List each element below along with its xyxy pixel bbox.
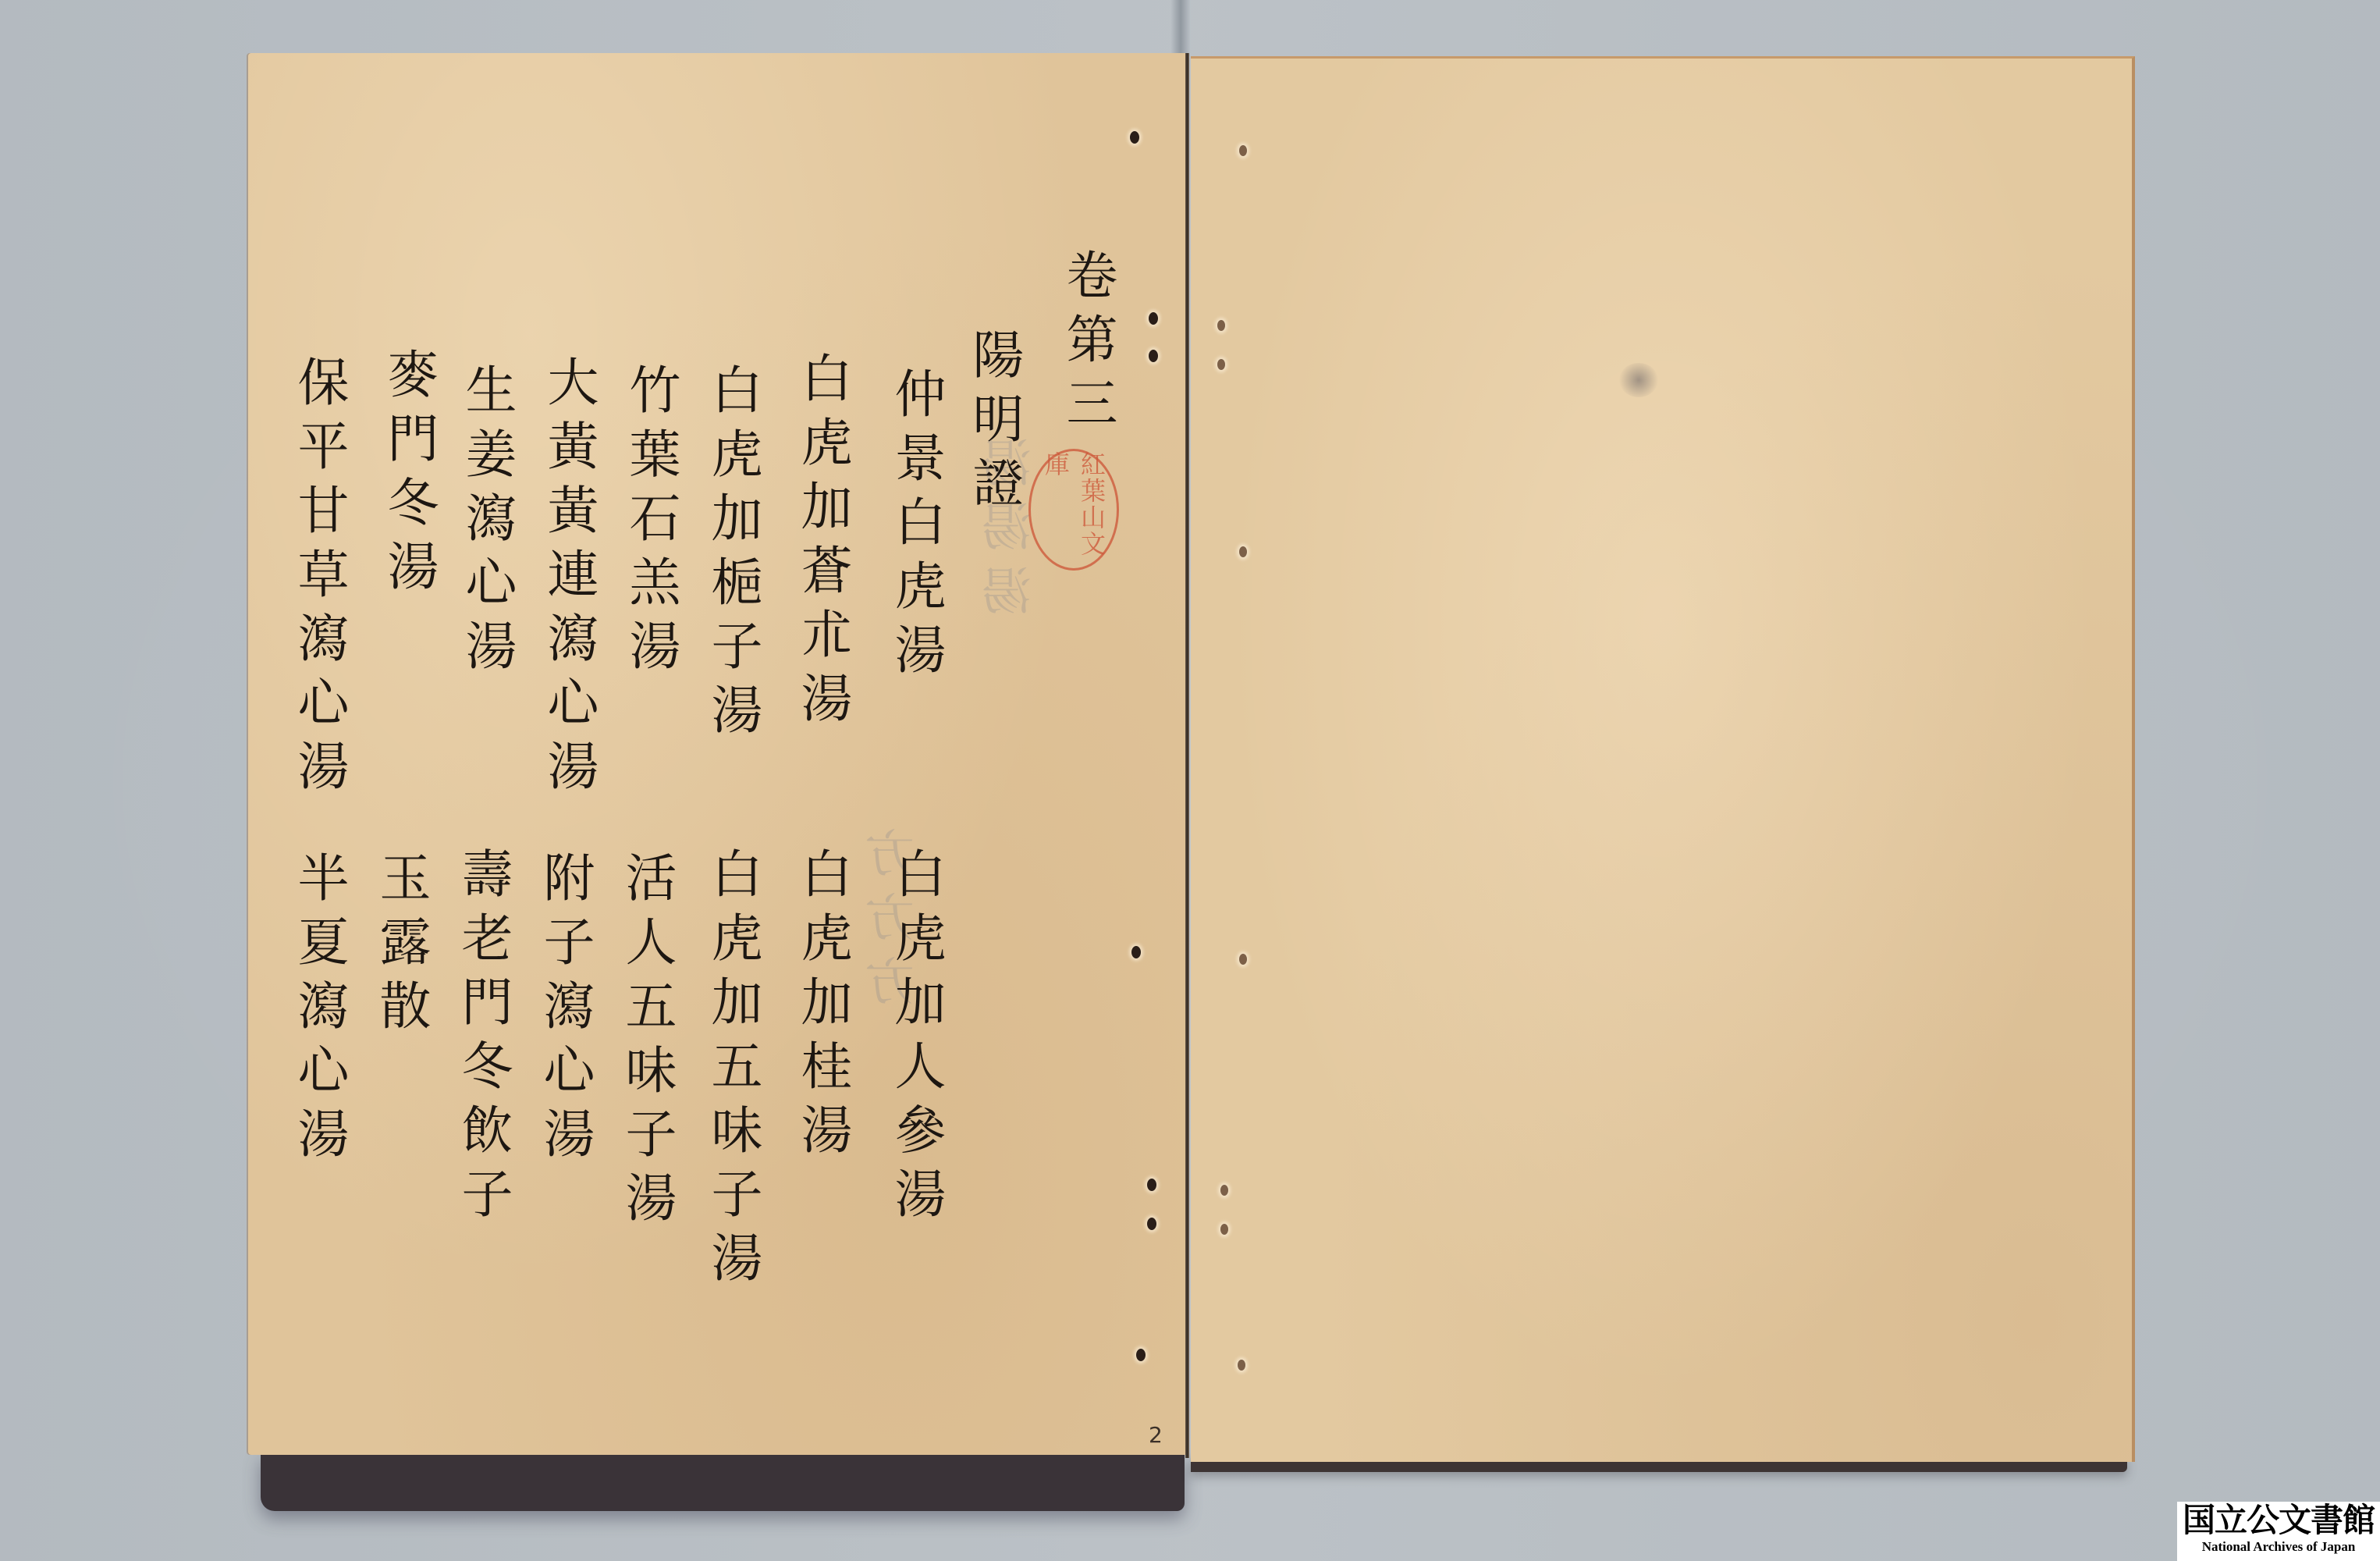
binding-hole [1131, 946, 1141, 958]
recipe-column: 白虎加梔子湯 [706, 363, 758, 747]
recipe-column: 生姜瀉心湯 [460, 363, 512, 683]
binding-hole [1149, 312, 1158, 325]
binding-hole [1130, 131, 1139, 144]
binding-hole [1238, 1360, 1245, 1371]
binding-hole [1239, 546, 1247, 557]
recipe-column: 白虎加五味子湯 [706, 847, 758, 1295]
recipe-column: 仲景白虎湯 [890, 367, 941, 687]
recipe-column: 大黃黃連瀉心湯 [542, 355, 594, 803]
binding-hole [1217, 359, 1225, 370]
recipe-column: 麥門冬湯 [382, 347, 434, 603]
logo-english-text: National Archives of Japan [2177, 1539, 2380, 1555]
binding-hole [1147, 1218, 1156, 1230]
book-cover-edge-left [261, 1453, 1185, 1511]
binding-hole [1239, 145, 1247, 156]
binding-hole [1136, 1349, 1146, 1361]
binding-hole [1220, 1185, 1228, 1196]
binding-hole [1220, 1224, 1228, 1235]
recipe-column: 半夏瀉心湯 [293, 851, 344, 1171]
gutter-shadow [1170, 0, 1191, 56]
page-number: 2 [1149, 1422, 1163, 1448]
volume-heading: 卷第三 [1061, 248, 1113, 440]
recipe-column: 附子瀉心湯 [538, 851, 590, 1171]
recipe-column: 保平甘草瀉心湯 [293, 355, 344, 803]
binding-hole [1147, 1179, 1156, 1191]
library-seal-stamp: 紅葉山文庫 [1028, 449, 1119, 571]
recipe-column: 玉露散 [375, 851, 426, 1043]
recipe-column: 活人五味子湯 [620, 851, 672, 1235]
recipe-column: 竹葉石羔湯 [624, 363, 676, 683]
recipe-column: 壽老門冬飲子 [456, 847, 508, 1231]
section-title: 陽明證 [968, 328, 1019, 520]
national-archives-logo: 国立公文書館 National Archives of Japan [2177, 1502, 2380, 1561]
book-gutter [1185, 53, 1189, 1458]
right-page [1191, 56, 2135, 1462]
binding-hole [1149, 350, 1158, 362]
recipe-column: 白虎加人參湯 [890, 847, 941, 1231]
paper-stain [1619, 363, 1658, 397]
recipe-column: 白虎加蒼朮湯 [796, 351, 847, 735]
recipe-column: 白虎加桂湯 [796, 847, 847, 1167]
logo-japanese-text: 国立公文書館 [2177, 1502, 2380, 1539]
binding-hole [1239, 954, 1247, 965]
binding-hole [1217, 320, 1225, 331]
